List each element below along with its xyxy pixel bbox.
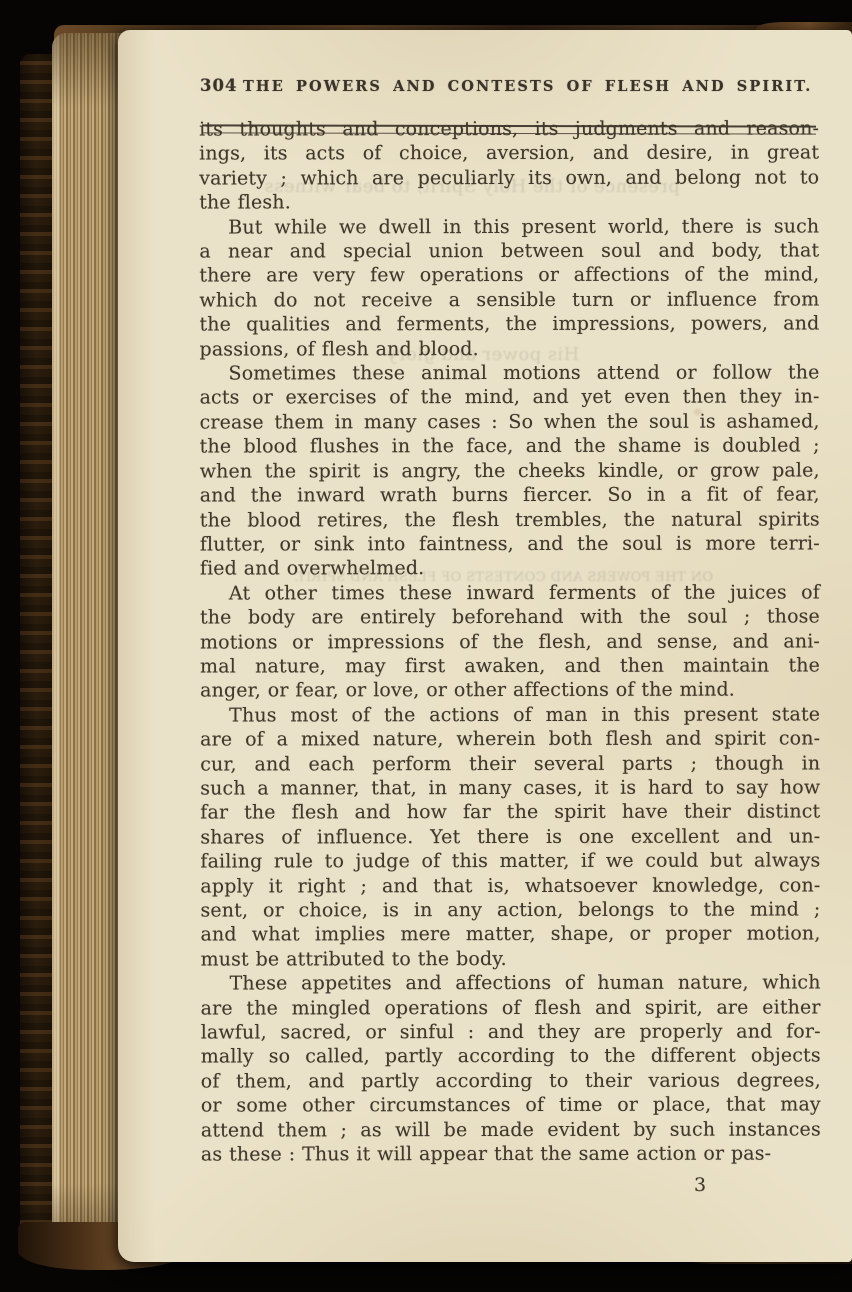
text-line: At other times these inward ferments of … (200, 580, 820, 605)
text-line: or some other circumstances of time or p… (201, 1093, 821, 1118)
text-line: But while we dwell in this present world… (199, 214, 819, 239)
text-line: there are very few operations or affecti… (199, 263, 819, 288)
text-line: such a manner, that, in many cases, it i… (200, 775, 820, 800)
text-line: and the inward wrath burns fiercer. So i… (200, 483, 820, 508)
book-page: presence of the Holy Spirit, to bear wit… (118, 30, 852, 1262)
page-header: 304 THE POWERS AND CONTESTS OF FLESH AND… (200, 76, 818, 95)
text-line: the qualities and ferments, the impressi… (199, 312, 819, 337)
paragraph: its thoughts and conceptions, its judgme… (199, 116, 819, 215)
text-line: which do not receive a sensible turn or … (199, 287, 819, 312)
text-line: the flesh. (199, 190, 819, 215)
text-line: when the spirit is angry, the cheeks kin… (200, 458, 820, 483)
text-line: attend them ; as will be made evident by… (201, 1117, 821, 1142)
text-line: anger, or fear, or love, or other affect… (200, 678, 820, 703)
text-line: lawful, sacred, or sinful : and they are… (201, 1019, 821, 1044)
text-line: cur, and each perform their several part… (200, 751, 820, 776)
text-line: variety ; which are peculiarly its own, … (199, 165, 819, 190)
paragraph: But while we dwell in this present world… (199, 214, 819, 362)
text-line: shares of influence. Yet there is one ex… (200, 824, 820, 849)
text-line: are the mingled operations of flesh and … (201, 995, 821, 1020)
text-line: apply it right ; and that is, whatsoever… (200, 873, 820, 898)
stacked-page-edges (52, 33, 122, 1257)
text-line: sent, or choice, is in any action, belon… (200, 897, 820, 922)
text-line: acts or exercises of the mind, and yet e… (200, 385, 820, 410)
text-line: crease them in many cases : So when the … (200, 409, 820, 434)
page-body-text: its thoughts and conceptions, its judgme… (199, 116, 821, 1167)
paragraph: Sometimes these animal motions attend or… (200, 361, 820, 582)
text-line: the body are entirely beforehand with th… (200, 605, 820, 630)
paragraph: Thus most of the actions of man in this … (200, 702, 820, 972)
text-line: Sometimes these animal motions attend or… (200, 361, 820, 386)
text-line: a near and special union between soul an… (199, 238, 819, 263)
text-line: mally so called, partly according to the… (201, 1044, 821, 1069)
text-line: the blood flushes in the face, and the s… (200, 434, 820, 459)
page-number: 304 (200, 76, 237, 95)
book-scan-photo: presence of the Holy Spirit, to bear wit… (0, 0, 852, 1292)
signature-mark: 3 (694, 1174, 706, 1196)
text-line: must be attributed to the body. (201, 946, 821, 971)
running-head-title: THE POWERS AND CONTESTS OF FLESH AND SPI… (237, 78, 818, 95)
text-line: These appetites and affections of human … (201, 971, 821, 996)
text-line: ings, its acts of choice, aversion, and … (199, 141, 819, 166)
paragraph: These appetites and affections of human … (201, 971, 821, 1167)
text-line: motions or impressions of the flesh, and… (200, 629, 820, 654)
text-line: the blood retires, the flesh trembles, t… (200, 507, 820, 532)
text-line: are of a mixed nature, wherein both fles… (200, 727, 820, 752)
text-line: passions, of flesh and blood. (199, 336, 819, 361)
text-line: flutter, or sink into faintness, and the… (200, 531, 820, 556)
text-line: and what implies mere matter, shape, or … (200, 922, 820, 947)
text-line: mal nature, may first awaken, and then m… (200, 653, 820, 678)
text-line: failing rule to judge of this matter, if… (200, 849, 820, 874)
text-line: fied and overwhelmed. (200, 556, 820, 581)
text-line: as these : Thus it will appear that the … (201, 1142, 821, 1167)
text-line: of them, and partly according to their v… (201, 1068, 821, 1093)
text-line: its thoughts and conceptions, its judgme… (199, 116, 819, 141)
text-line: far the flesh and how far the spirit hav… (200, 800, 820, 825)
text-line: Thus most of the actions of man in this … (200, 702, 820, 727)
paragraph: At other times these inward ferments of … (200, 580, 820, 703)
